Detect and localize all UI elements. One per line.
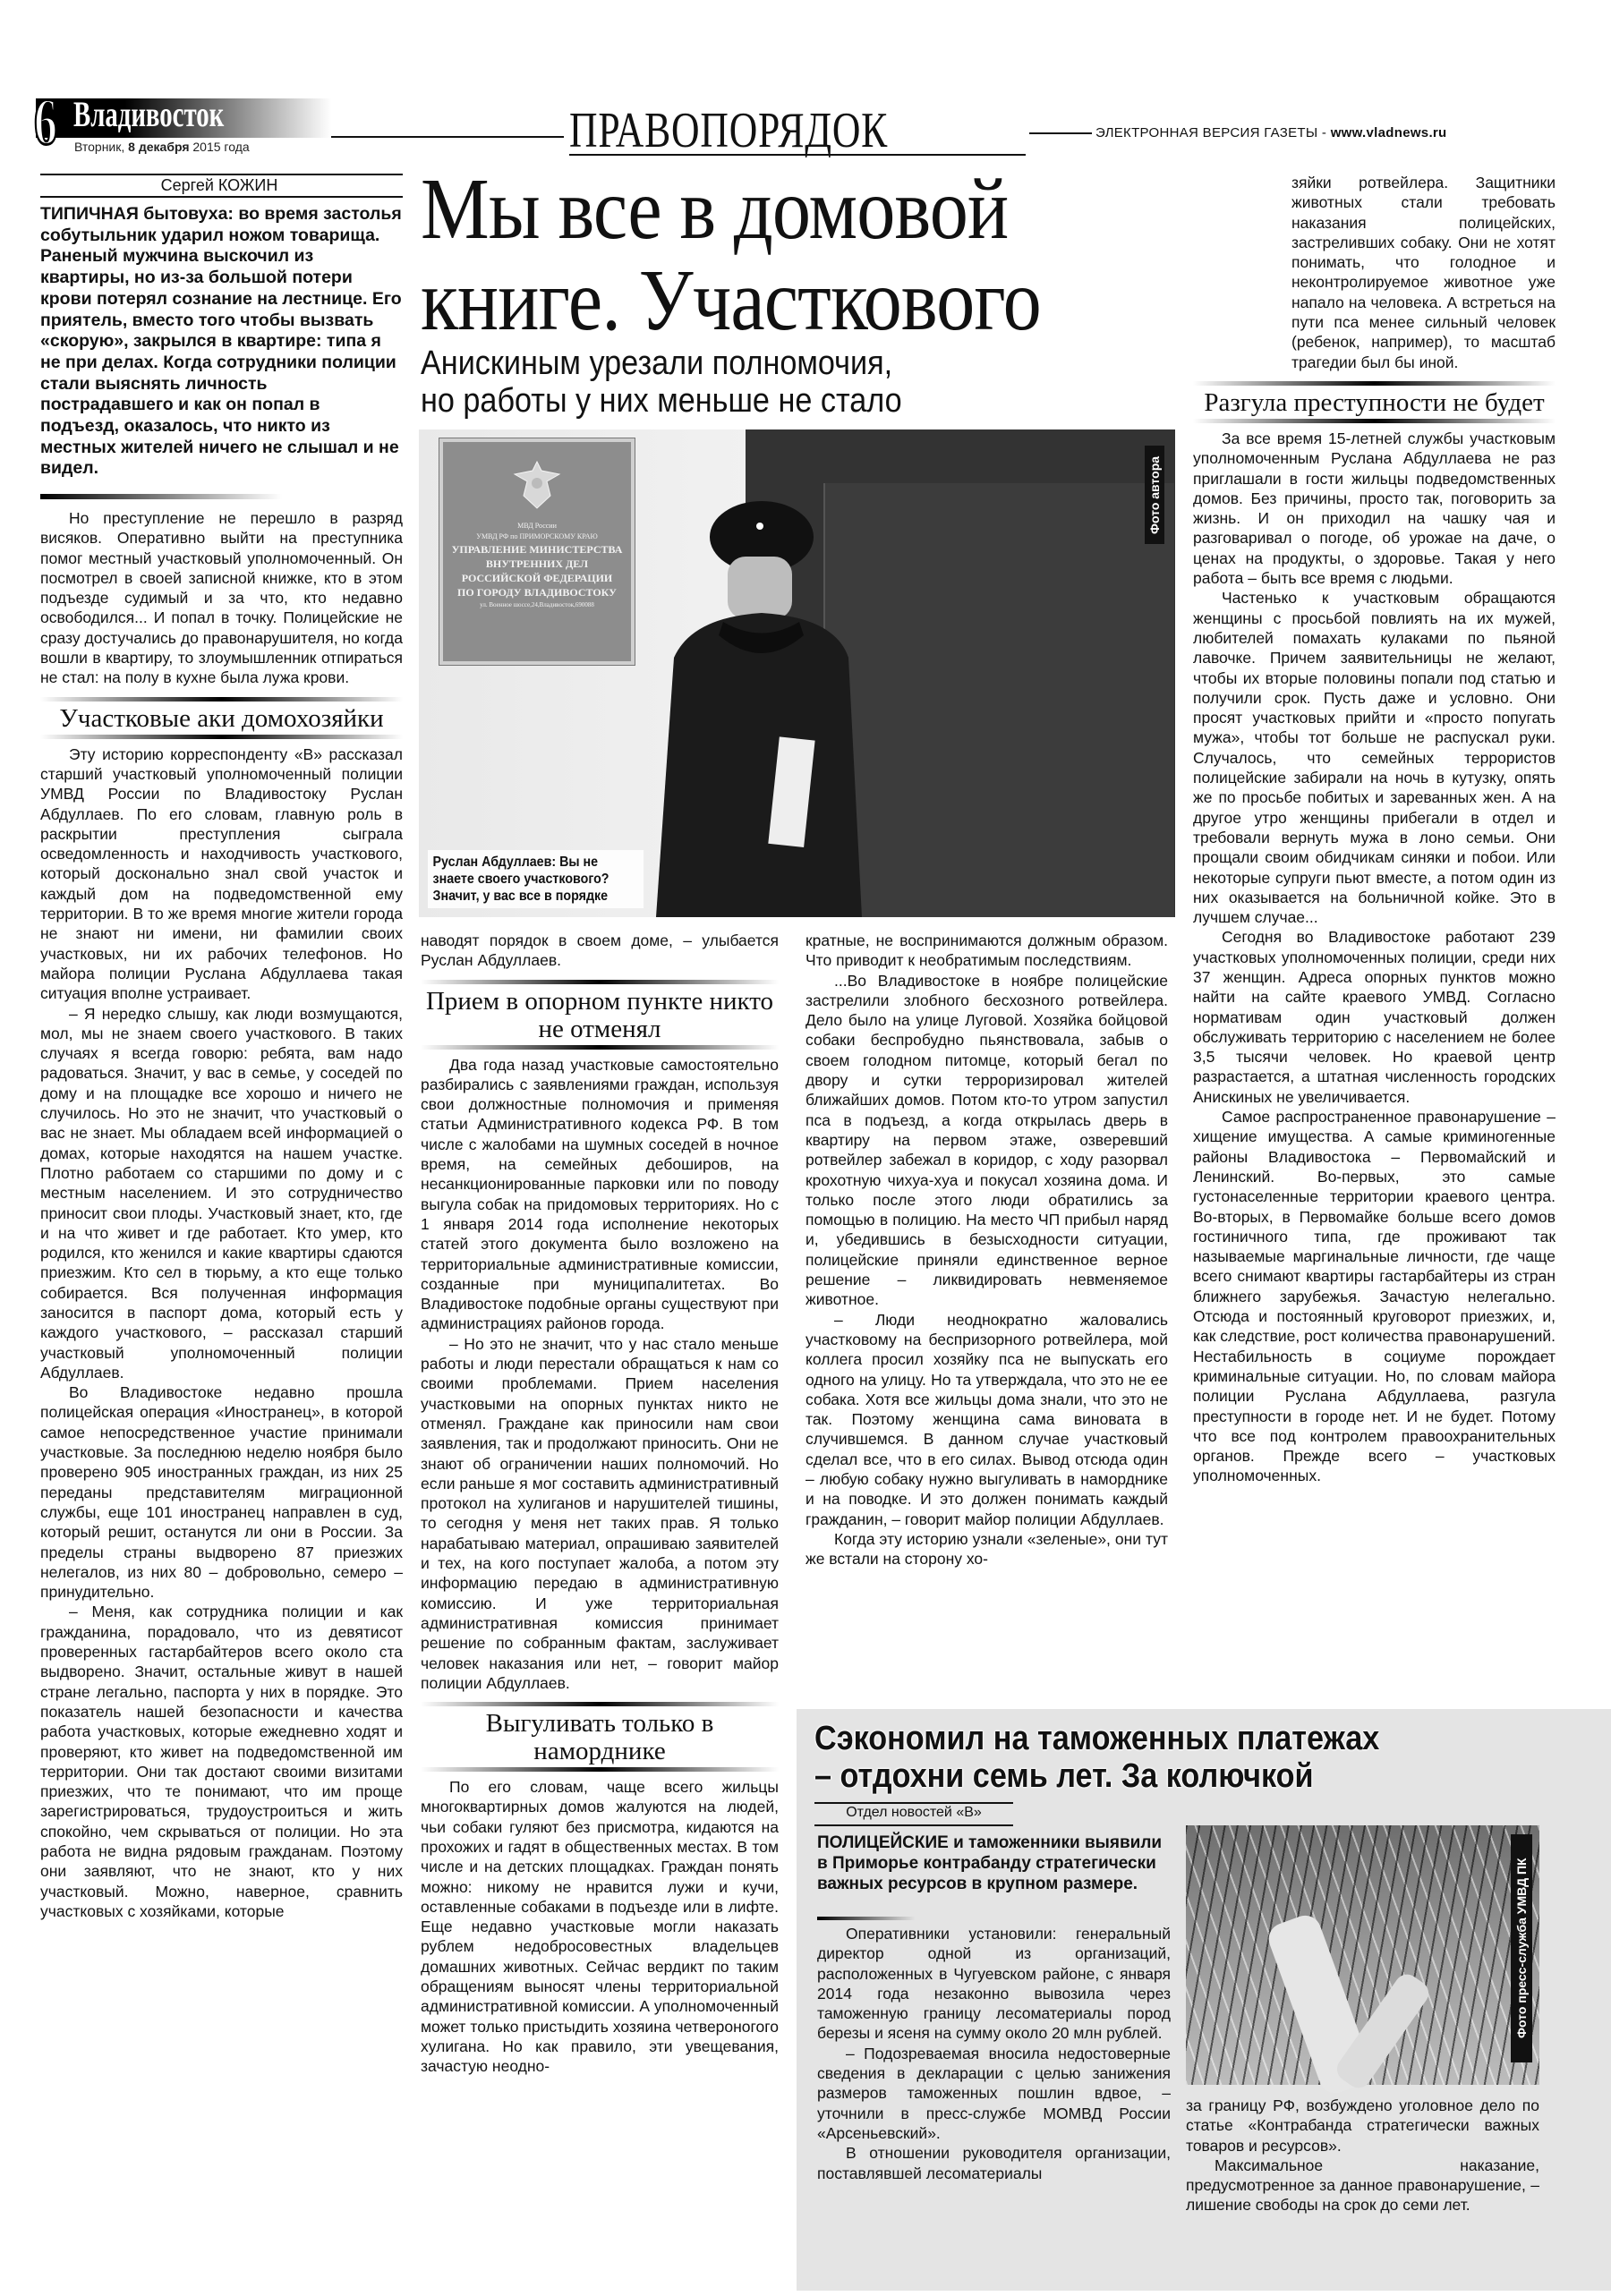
divider (569, 154, 1026, 156)
paragraph: за границу РФ, возбуждено уголовное дело… (1186, 2096, 1539, 2156)
double-eagle-emblem-icon (506, 455, 568, 517)
page-number: 6 (34, 89, 57, 156)
sidebar-headline-line-1: Сэкономил на таможенных платежах (814, 1720, 1611, 1757)
sign-text: МВД России УМВД РФ по ПРИМОРСКОМУ КРАЮ У… (443, 521, 631, 610)
article-column-1: Но преступление не перешло в разряд вися… (40, 508, 403, 1921)
divider (814, 1802, 1013, 1804)
photo-caption: Руслан Абдуллаев: Вы не знаете своего уч… (428, 850, 644, 908)
divider (1193, 381, 1556, 386)
subheading: Прием в опорном пункте никто не отменял (421, 988, 779, 1043)
paragraph: – Меня, как сотрудника полиции и как гра… (40, 1602, 403, 1921)
sign-line: МВД России (443, 521, 631, 531)
headline-line-1: Мы все в домовой (421, 164, 1161, 255)
divider (331, 136, 564, 138)
divider (421, 1702, 779, 1706)
divider (421, 1767, 779, 1772)
subtitle-line-1: Анискиным урезали полномочия, (421, 344, 902, 382)
paragraph: Оперативники установили: генеральный дир… (817, 1924, 1171, 2044)
paragraph: Эту историю корреспонденту «В» рассказал… (40, 744, 403, 1004)
paragraph: – Я нередко слышу, как люди возмущаются,… (40, 1004, 403, 1383)
date-year: 2015 года (192, 140, 249, 154)
subheading: Участковые аки домохозяйки (40, 705, 403, 733)
paragraph: зяйки ротвейлера. Защитники животных ста… (1291, 173, 1556, 372)
sidebar-headline-line-2: – отдохни семь лет. За колючкой (814, 1757, 1611, 1795)
date-day: 8 декабря (128, 140, 189, 154)
divider (1029, 132, 1092, 134)
divider (421, 980, 779, 984)
subheading: Разгула преступности не будет (1193, 389, 1556, 417)
paragraph: Но преступление не перешло в разряд вися… (40, 508, 403, 688)
paragraph: – Люди неоднократно жаловались участково… (805, 1310, 1168, 1529)
sign-line: ул. Военное шоссе,24,Владивосток,690088 (443, 600, 631, 610)
divider (814, 1824, 1013, 1826)
paragraph: Во Владивостоке недавно прошла полицейск… (40, 1382, 403, 1602)
divider (40, 735, 403, 739)
article-column-4: зяйки ротвейлера. Защитники животных ста… (1193, 173, 1556, 1486)
paragraph: наводят порядок в своем доме, – улыбаетс… (421, 931, 779, 971)
electronic-version-note: ЭЛЕКТРОННАЯ ВЕРСИЯ ГАЗЕТЫ - www.vladnews… (1095, 125, 1447, 140)
article-column-3: кратные, не воспринимаются должным образ… (805, 931, 1168, 1569)
sidebar-byline: Отдел новостей «В» (814, 1805, 1013, 1821)
sign-line: УПРАВЛЕНИЕ МИНИСТЕРСТВА (443, 542, 631, 557)
sidebar-body-left: Оперативники установили: генеральный дир… (817, 1924, 1171, 2183)
paragraph: Самое распространенное правонарушение – … (1193, 1107, 1556, 1486)
paragraph: ...Во Владивостоке в ноябре полицейские … (805, 971, 1168, 1310)
paragraph: Когда эту историю узнали «зеленые», они … (805, 1529, 1168, 1569)
sidebar-body-right: за границу РФ, возбуждено уголовное дело… (1186, 2096, 1539, 2215)
paragraph: Два года назад участковые самостоятельно… (421, 1055, 779, 1334)
paragraph: В отношении руководителя организации, по… (817, 2143, 1171, 2183)
divider (1193, 419, 1556, 423)
paragraph: Сегодня во Владивостоке работают 239 уча… (1193, 927, 1556, 1107)
police-officer-figure (656, 501, 862, 917)
photo-credit: Фото пресс-служба УМВД ПК (1511, 1834, 1532, 2062)
sign-line: РОССИЙСКОЙ ФЕДЕРАЦИИ (443, 571, 631, 585)
sign-line: УМВД РФ по ПРИМОРСКОМУ КРАЮ (443, 531, 631, 542)
news-sidebar-box: Сэкономил на таможенных платежах – отдох… (797, 1709, 1611, 2291)
paragraph: – Но это не значит, что у нас стало мень… (421, 1334, 779, 1693)
divider (421, 1045, 779, 1050)
paragraph: Частенько к участковым обращаются женщин… (1193, 588, 1556, 927)
subtitle-line-2: но работы у них меньше не стало (421, 382, 902, 420)
eversion-label: ЭЛЕКТРОННАЯ ВЕРСИЯ ГАЗЕТЫ - (1095, 125, 1326, 140)
website-link[interactable]: www.vladnews.ru (1331, 125, 1447, 140)
paragraph: – Подозреваемая вносила недостоверные св… (817, 2044, 1171, 2143)
photo-credit: Фото автора (1145, 446, 1164, 544)
article-lead: ТИПИЧНАЯ бытовуха: во время застолья соб… (40, 204, 403, 480)
paragraph: Максимальное наказание, предусмотренное … (1186, 2156, 1539, 2215)
sidebar-headline: Сэкономил на таможенных платежах – отдох… (814, 1720, 1611, 1795)
section-rubric: ПРАВОПОРЯДОК (569, 106, 888, 156)
sidebar-lead: ПОЛИЦЕЙСКИЕ и таможенники выявили в Прим… (817, 1833, 1175, 1894)
subheading: Выгуливать только в наморднике (421, 1710, 779, 1765)
issue-date: Вторник, 8 декабря 2015 года (74, 140, 250, 154)
forest-photo: Фото пресс-служба УМВД ПК (1186, 1825, 1539, 2085)
paragraph: кратные, не воспринимаются должным образ… (805, 931, 1168, 971)
divider (40, 494, 282, 499)
paragraph: За все время 15-летней службы участковым… (1193, 429, 1556, 588)
article-column-2: наводят порядок в своем доме, – улыбаетс… (421, 931, 779, 2077)
article-headline: Мы все в домовой книге. Участкового (421, 164, 1161, 346)
divider (40, 196, 403, 198)
police-sign: МВД России УМВД РФ по ПРИМОРСКОМУ КРАЮ У… (439, 438, 635, 665)
paragraph: По его словам, чаще всего жильцы многокв… (421, 1777, 779, 2076)
author-byline: Сергей КОЖИН (40, 176, 398, 195)
article-photo: МВД России УМВД РФ по ПРИМОРСКОМУ КРАЮ У… (419, 429, 1175, 917)
newspaper-name: Владивосток (73, 97, 224, 132)
sign-line: ВНУТРЕННИХ ДЕЛ (443, 557, 631, 571)
sign-line: ПО ГОРОДУ ВЛАДИВОСТОКУ (443, 585, 631, 600)
headline-line-2: книге. Участкового (421, 255, 1161, 346)
article-subtitle: Анискиным урезали полномочия, но работы … (421, 344, 902, 420)
divider (817, 1917, 916, 1920)
door-panel (823, 483, 1174, 917)
date-weekday: Вторник, (74, 140, 124, 154)
divider (40, 174, 403, 175)
divider (40, 697, 403, 702)
